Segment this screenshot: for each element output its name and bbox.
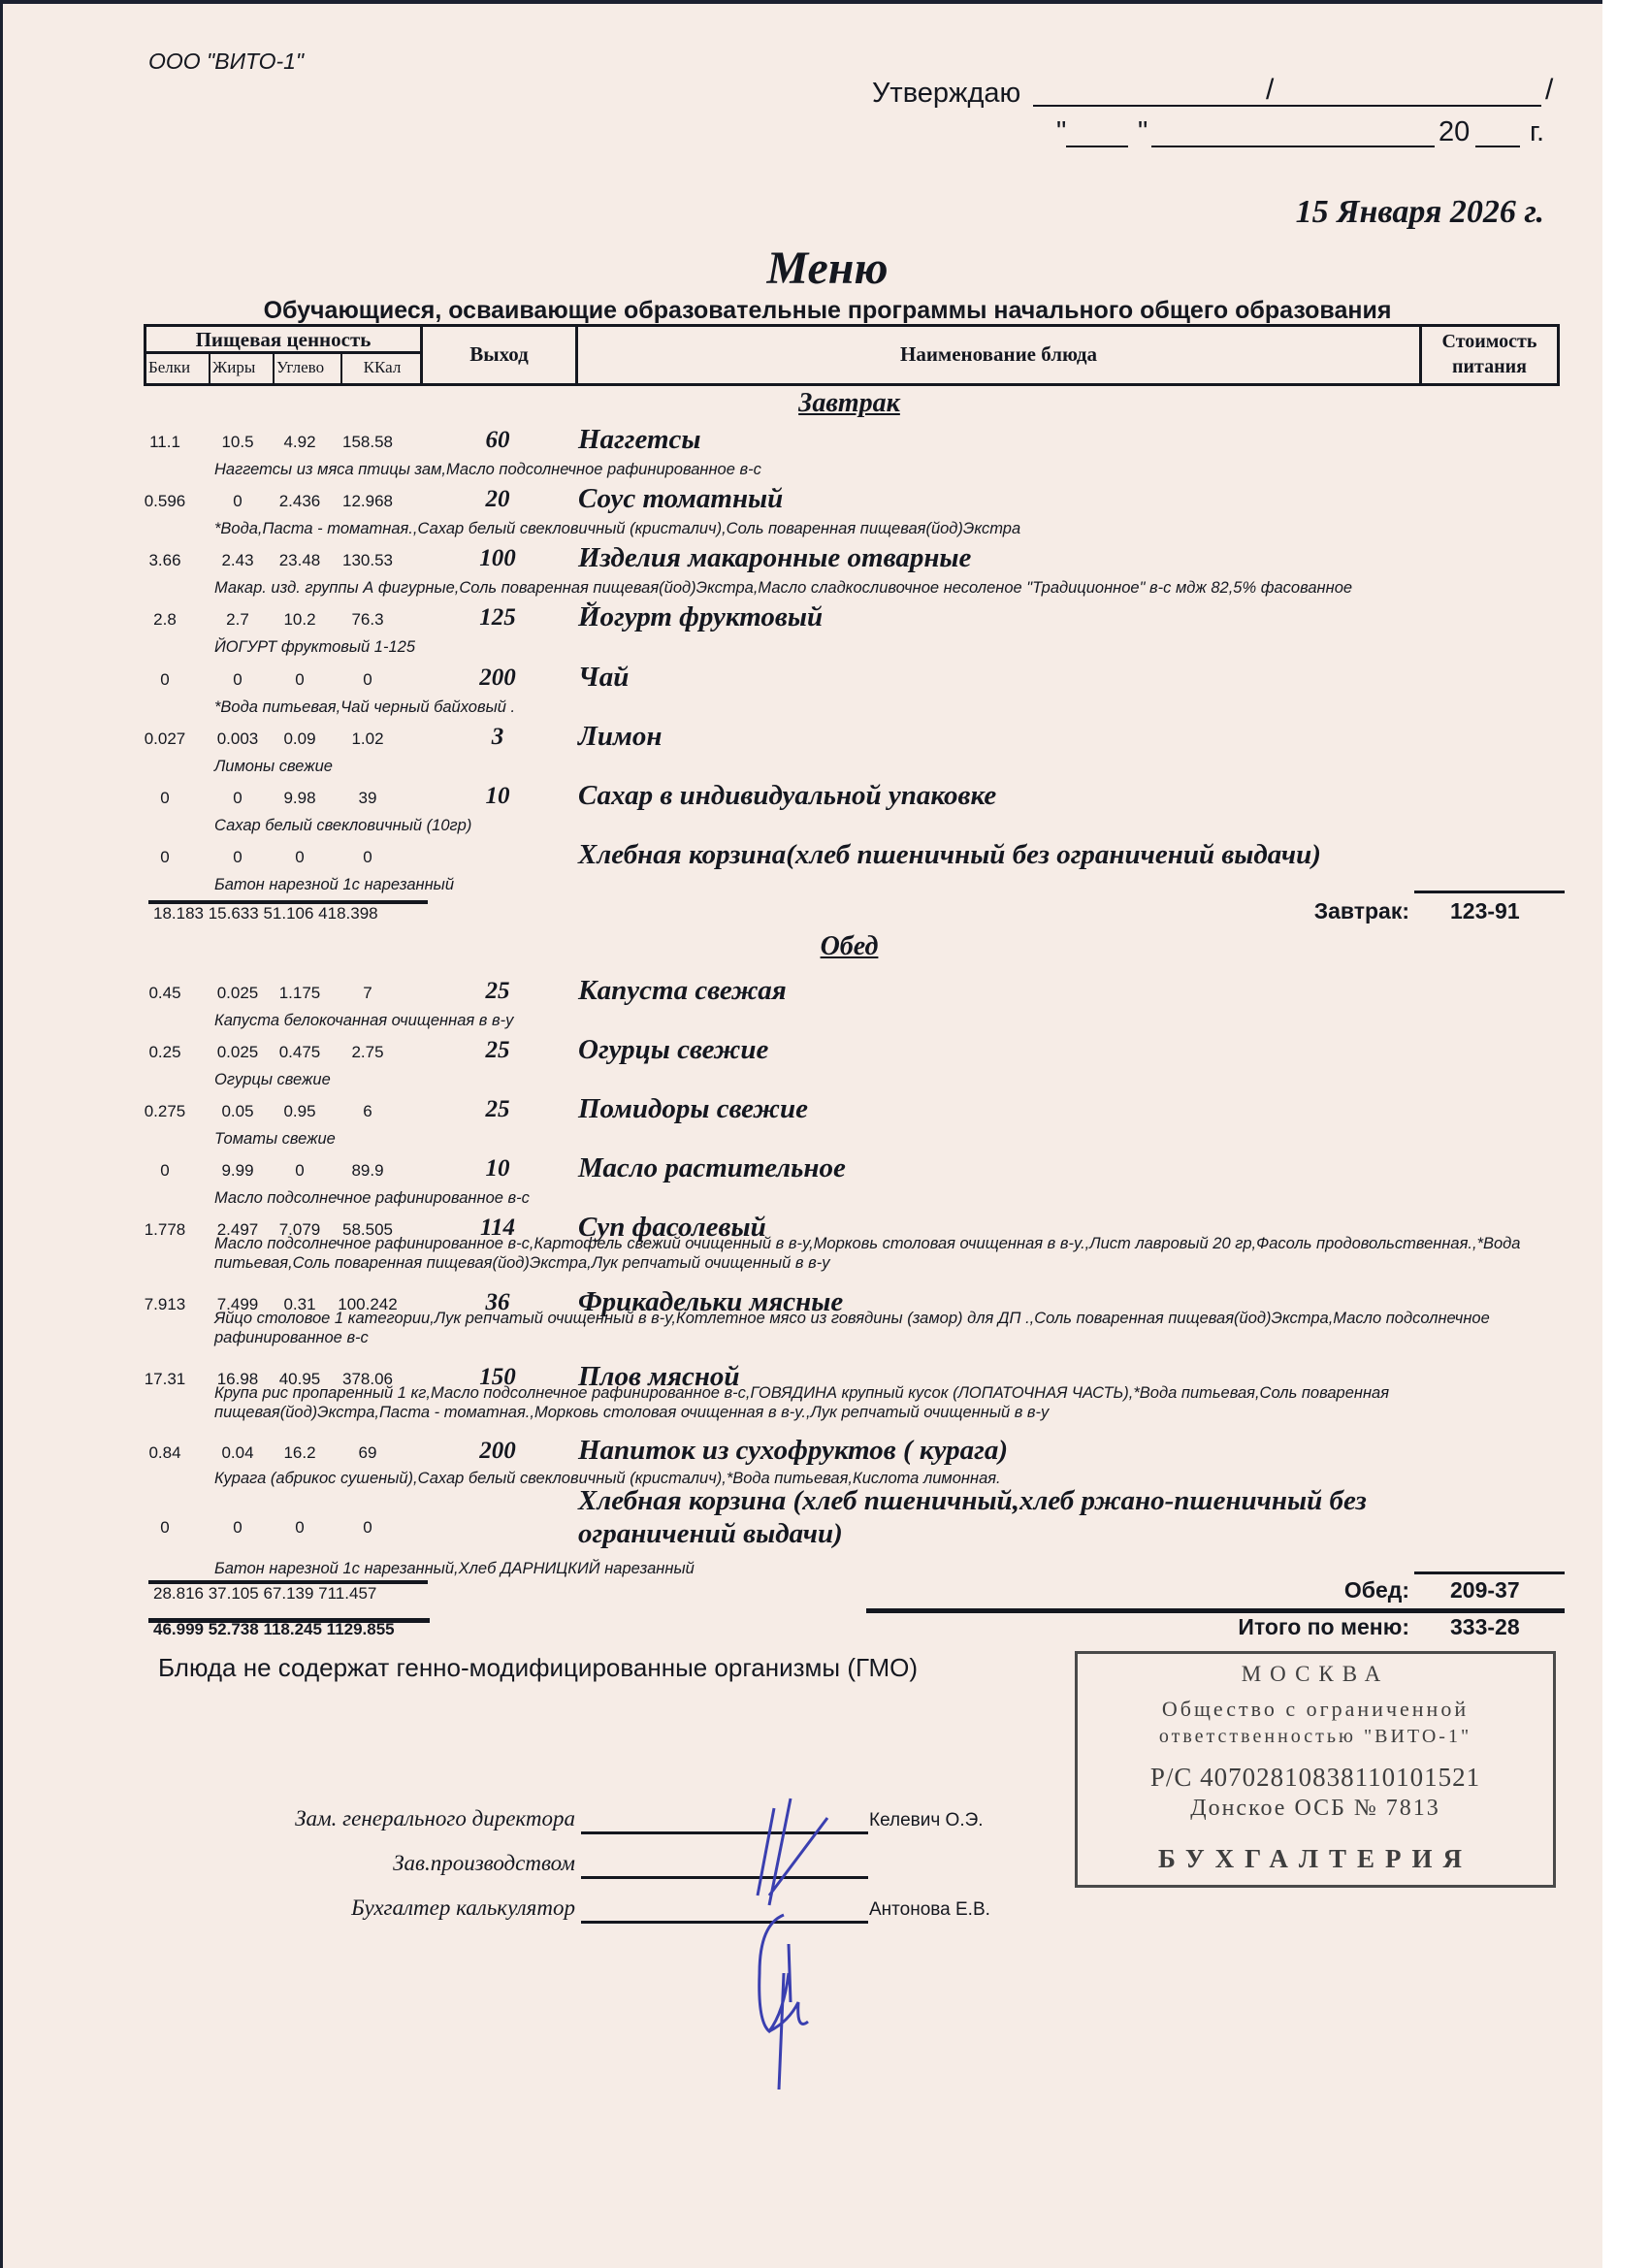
header-carbs: Углево	[275, 354, 342, 383]
value-proteins: 2.8	[131, 610, 199, 630]
header-kcal: ККал	[342, 354, 423, 383]
value-proteins: 7.913	[131, 1295, 199, 1314]
section-cost-label: Обед:	[1118, 1577, 1409, 1604]
dish-name: Лимон	[578, 720, 663, 753]
dish-name: Помидоры свежие	[578, 1092, 808, 1125]
value-proteins: 0	[131, 789, 199, 808]
stamp-department: БУХГАЛТЕРИЯ	[1078, 1844, 1553, 1874]
dish-ingredients: *Вода питьевая,Чай черный байховый .	[214, 697, 1534, 717]
value-carbs: 0	[266, 670, 334, 690]
dish-yield: 10	[449, 1155, 546, 1183]
value-proteins: 0.45	[131, 984, 199, 1003]
value-fats: 0	[204, 1518, 272, 1538]
subtotal-values: 28.816 37.105 67.139 711.457	[153, 1584, 376, 1604]
dish-ingredients: Лимоны свежие	[214, 757, 1534, 776]
company-name: ООО "ВИТО-1"	[148, 49, 304, 75]
dish-name: Хлебная корзина(хлеб пшеничный без огран…	[578, 838, 1412, 871]
dish-ingredients: Батон нарезной 1с нарезанный	[214, 875, 1534, 894]
date-year-suffix: г.	[1530, 116, 1544, 148]
header-yield: Выход	[423, 327, 578, 383]
stamp-account: Р/С 40702810838110101521	[1078, 1763, 1553, 1793]
date-day-blank	[1066, 146, 1128, 147]
value-fats: 0	[204, 789, 272, 808]
grand-total-label: Итого по меню:	[1070, 1614, 1409, 1640]
value-proteins: 3.66	[131, 551, 199, 570]
date-quote: "	[1138, 116, 1148, 148]
value-kcal: 76.3	[334, 610, 402, 630]
subtotal-values: 18.183 15.633 51.106 418.398	[153, 904, 378, 923]
dish-ingredients: Макар. изд. группы А фигурные,Соль повар…	[214, 578, 1534, 598]
value-proteins: 0.596	[131, 492, 199, 511]
value-proteins: 0	[131, 1161, 199, 1181]
value-fats: 2.7	[204, 610, 272, 630]
header-nutrition: Пищевая ценность	[146, 327, 423, 354]
value-proteins: 0.027	[131, 729, 199, 749]
value-carbs: 4.92	[266, 433, 334, 452]
value-fats: 2.43	[204, 551, 272, 570]
dish-name: Наггетсы	[578, 423, 701, 456]
dish-ingredients: Яйцо столовое 1 категории,Лук репчатый о…	[214, 1309, 1534, 1347]
value-carbs: 0	[266, 848, 334, 867]
dish-ingredients: ЙОГУРТ фруктовый 1-125	[214, 637, 1534, 657]
table-header: Пищевая ценность Белки Жиры Углево ККал …	[144, 324, 1560, 386]
value-fats: 0.003	[204, 729, 272, 749]
value-carbs: 0	[266, 1161, 334, 1181]
grand-total-values: 46.999 52.738 118.245 1129.855	[153, 1620, 395, 1639]
value-kcal: 12.968	[334, 492, 402, 511]
grand-total-cost: 333-28	[1450, 1614, 1520, 1640]
date-year-blank	[1475, 146, 1520, 147]
value-kcal: 69	[334, 1443, 402, 1463]
dish-name: Хлебная корзина (хлеб пшеничный,хлеб ржа…	[578, 1484, 1412, 1550]
stamp-line1: Общество с ограниченной	[1078, 1697, 1553, 1722]
value-fats: 9.99	[204, 1161, 272, 1181]
dish-ingredients: Наггетсы из мяса птицы зам,Масло подсолн…	[214, 460, 1534, 479]
value-fats: 0	[204, 492, 272, 511]
dish-name: Огурцы свежие	[578, 1033, 768, 1066]
approve-signature-line	[1033, 105, 1541, 107]
value-carbs: 23.48	[266, 551, 334, 570]
stamp-city: МОСКВА	[1078, 1662, 1553, 1687]
value-proteins: 1.778	[131, 1220, 199, 1240]
value-kcal: 1.02	[334, 729, 402, 749]
section-cost: 209-37	[1450, 1577, 1520, 1604]
header-proteins: Белки	[146, 354, 210, 383]
page-title: Меню	[3, 242, 1649, 295]
dish-yield: 200	[449, 1438, 546, 1465]
value-carbs: 0	[266, 1518, 334, 1538]
value-kcal: 0	[334, 670, 402, 690]
value-proteins: 11.1	[131, 433, 199, 452]
approve-slash: /	[1266, 74, 1274, 107]
signature-role: Бухгалтер калькулятор	[148, 1895, 575, 1921]
signatory-name: Антонова Е.В.	[869, 1899, 990, 1921]
date-year-prefix: 20	[1439, 116, 1470, 148]
value-fats: 0.05	[204, 1102, 272, 1121]
section-cost: 123-91	[1450, 898, 1520, 924]
value-kcal: 7	[334, 984, 402, 1003]
date-quote: "	[1056, 116, 1066, 148]
cost-rule	[1414, 1571, 1565, 1574]
dish-yield: 25	[449, 1096, 546, 1123]
stamp-line2: ответственностью "ВИТО-1"	[1078, 1726, 1553, 1748]
audience-subtitle: Обучающиеся, осваивающие образовательные…	[3, 297, 1649, 325]
dish-ingredients: Масло подсолнечное рафинированное в-с	[214, 1188, 1534, 1208]
value-carbs: 1.175	[266, 984, 334, 1003]
cost-rule	[1414, 891, 1565, 893]
dish-yield: 60	[449, 427, 546, 454]
header-cost-line1: Стоимость	[1422, 329, 1557, 354]
dish-ingredients: Томаты свежие	[214, 1129, 1534, 1149]
value-proteins: 0.25	[131, 1043, 199, 1062]
section-cost-label: Завтрак:	[1118, 898, 1409, 924]
value-kcal: 39	[334, 789, 402, 808]
dish-yield: 20	[449, 486, 546, 513]
dish-ingredients: Капуста белокочанная очищенная в в-у	[214, 1011, 1534, 1030]
dish-name: Капуста свежая	[578, 974, 787, 1007]
value-carbs: 10.2	[266, 610, 334, 630]
dish-name: Йогурт фруктовый	[578, 600, 823, 633]
signatory-name: Келевич О.Э.	[869, 1810, 984, 1831]
value-fats: 0	[204, 670, 272, 690]
dish-name: Напиток из сухофруктов ( курага)	[578, 1434, 1008, 1467]
header-cost: Стоимость питания	[1422, 327, 1557, 383]
signature-role: Зав.производством	[148, 1851, 575, 1876]
menu-document: ООО "ВИТО-1" Утверждаю / / " " 20 г. 15 …	[0, 0, 1602, 2268]
value-proteins: 0.275	[131, 1102, 199, 1121]
value-carbs: 0.475	[266, 1043, 334, 1062]
date-month-blank	[1151, 146, 1435, 147]
value-fats: 0.025	[204, 1043, 272, 1062]
value-proteins: 0.84	[131, 1443, 199, 1463]
value-proteins: 17.31	[131, 1370, 199, 1389]
document-date: 15 Января 2026 г.	[1296, 194, 1544, 231]
header-fats: Жиры	[210, 354, 275, 383]
value-kcal: 89.9	[334, 1161, 402, 1181]
dish-name: Масло растительное	[578, 1151, 846, 1184]
value-fats: 0.04	[204, 1443, 272, 1463]
dish-yield: 125	[449, 604, 546, 632]
dish-ingredients: Сахар белый свекловичный (10гр)	[214, 816, 1534, 835]
dish-yield: 25	[449, 978, 546, 1005]
value-fats: 0.025	[204, 984, 272, 1003]
dish-yield: 25	[449, 1037, 546, 1064]
section-title: Обед	[3, 931, 1649, 962]
gmo-note: Блюда не содержат генно-модифицированные…	[158, 1653, 918, 1683]
dish-name: Изделия макаронные отварные	[578, 541, 971, 574]
value-carbs: 9.98	[266, 789, 334, 808]
company-stamp: МОСКВА Общество с ограниченной ответстве…	[1075, 1651, 1556, 1888]
signature-role: Зам. генерального директора	[148, 1806, 575, 1831]
section-title: Завтрак	[3, 388, 1649, 419]
value-proteins: 0	[131, 848, 199, 867]
approve-label: Утверждаю	[872, 78, 1020, 110]
dish-ingredients: Батон нарезной 1с нарезанный,Хлеб ДАРНИЦ…	[214, 1559, 1534, 1578]
value-kcal: 2.75	[334, 1043, 402, 1062]
header-cost-line2: питания	[1422, 354, 1557, 379]
value-kcal: 158.58	[334, 433, 402, 452]
value-fats: 10.5	[204, 433, 272, 452]
handwritten-signature-icon	[730, 1779, 847, 2099]
dish-name: Соус томатный	[578, 482, 783, 515]
value-carbs: 0.95	[266, 1102, 334, 1121]
dish-ingredients: *Вода,Паста - томатная.,Сахар белый свек…	[214, 519, 1534, 538]
value-carbs: 16.2	[266, 1443, 334, 1463]
approve-slash: /	[1545, 74, 1553, 107]
dish-yield: 3	[449, 724, 546, 751]
dish-yield: 200	[449, 664, 546, 692]
dish-ingredients: Крупа рис пропаренный 1 кг,Масло подсолн…	[214, 1383, 1534, 1422]
value-kcal: 0	[334, 1518, 402, 1538]
dish-yield: 100	[449, 545, 546, 572]
value-kcal: 6	[334, 1102, 402, 1121]
dish-name: Сахар в индивидуальной упаковке	[578, 779, 996, 812]
value-carbs: 0.09	[266, 729, 334, 749]
dish-name: Чай	[578, 661, 629, 694]
grand-total-cost-rule	[866, 1608, 1565, 1613]
value-kcal: 0	[334, 848, 402, 867]
dish-yield: 10	[449, 783, 546, 810]
value-proteins: 0	[131, 670, 199, 690]
dish-ingredients: Масло подсолнечное рафинированное в-с,Ка…	[214, 1234, 1534, 1273]
value-fats: 0	[204, 848, 272, 867]
value-proteins: 0	[131, 1518, 199, 1538]
header-dish-name: Наименование блюда	[578, 327, 1422, 383]
dish-ingredients: Огурцы свежие	[214, 1070, 1534, 1089]
value-kcal: 130.53	[334, 551, 402, 570]
value-carbs: 2.436	[266, 492, 334, 511]
stamp-bank: Донское ОСБ № 7813	[1078, 1796, 1553, 1822]
